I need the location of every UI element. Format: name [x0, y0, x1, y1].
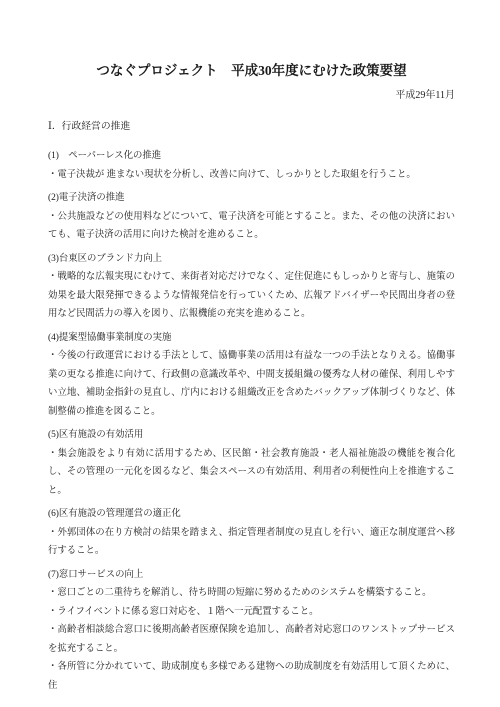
- policy-item-paperless: (1) ペーパーレス化の推進 ・電子決裁が 進まない現状を分析し、改善に向けて、…: [48, 147, 455, 184]
- bullet-line: ・窓口ごとの二重待ちを解消し、待ち時間の短縮に努めるためのシステムを構築すること…: [48, 584, 455, 603]
- section-heading-administration: Ⅰ．行政経営の推進: [48, 120, 455, 134]
- policy-item-list: (1) ペーパーレス化の推進 ・電子決裁が 進まない現状を分析し、改善に向けて、…: [48, 147, 455, 695]
- bullet-line: ・今後の行政運営における手法として、協働事業の活用は有益な一つの手法となりえる。…: [48, 347, 455, 421]
- bullet-line: ・高齢者相談総合窓口に後期高齢者医療保険を追加し、高齢者対応窓口のワンストップサ…: [48, 621, 455, 658]
- policy-item-epayment: (2)電子決済の推進 ・公共施設などの使用料などについて、電子決済を可能とするこ…: [48, 189, 455, 245]
- document-title: つなぐプロジェクト 平成30年度にむけた政策要望: [48, 62, 455, 80]
- document-date: 平成29年11月: [48, 89, 455, 103]
- bullet-line: ・集会施設をより有効に活用するため、区民館・社会教育施設・老人福祉施設の機能を複…: [48, 445, 455, 501]
- document-page: つなぐプロジェクト 平成30年度にむけた政策要望 平成29年11月 Ⅰ．行政経営…: [0, 0, 500, 707]
- bullet-line: ・ライフイベントに係る窓口対応を、１階へ一元配置すること。: [48, 603, 455, 622]
- item-heading: (1) ペーパーレス化の推進: [48, 147, 455, 166]
- bullet-line: ・外郭団体の在り方検討の結果を踏まえ、指定管理者制度の見直しを行い、適正な制度運…: [48, 524, 455, 561]
- policy-item-facility-use: (5)区有施設の有効活用 ・集会施設をより有効に活用するため、区民館・社会教育施…: [48, 426, 455, 500]
- policy-item-counter-service: (7)窓口サービスの向上 ・窓口ごとの二重待ちを解消し、待ち時間の短縮に努めるた…: [48, 566, 455, 696]
- item-heading: (5)区有施設の有効活用: [48, 426, 455, 445]
- bullet-line: ・電子決裁が 進まない現状を分析し、改善に向けて、しっかりとした取組を行うこと。: [48, 166, 455, 185]
- bullet-line: ・公共施設などの使用料などについて、電子決済を可能とすること。また、その他の決済…: [48, 208, 455, 245]
- item-heading: (3)台東区のブランド力向上: [48, 250, 455, 269]
- bullet-line: ・各所管に分かれていて、助成制度も多様である建物への助成制度を有効活用して頂くた…: [48, 658, 455, 695]
- item-heading: (2)電子決済の推進: [48, 189, 455, 208]
- bullet-line: ・戦略的な広報実現にむけて、来街者対応だけでなく、定住促進にもしっかりと寄与し、…: [48, 268, 455, 324]
- policy-item-branding: (3)台東区のブランド力向上 ・戦略的な広報実現にむけて、来街者対応だけでなく、…: [48, 250, 455, 324]
- policy-item-collaboration: (4)提案型協働事業制度の実施 ・今後の行政運営における手法として、協働事業の活…: [48, 329, 455, 422]
- item-heading: (6)区有施設の管理運営の適正化: [48, 505, 455, 524]
- item-heading: (7)窓口サービスの向上: [48, 566, 455, 585]
- policy-item-facility-management: (6)区有施設の管理運営の適正化 ・外郭団体の在り方検討の結果を踏まえ、指定管理…: [48, 505, 455, 561]
- item-heading: (4)提案型協働事業制度の実施: [48, 329, 455, 348]
